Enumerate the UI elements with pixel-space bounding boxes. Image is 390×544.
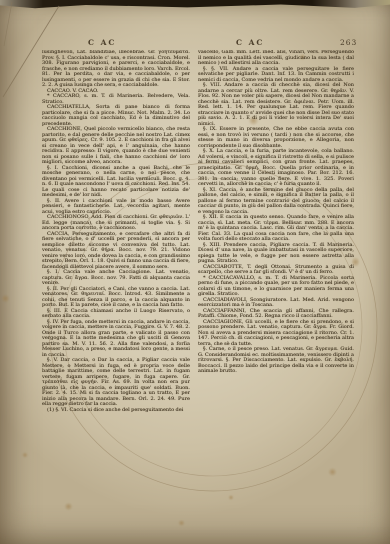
paper-stain [64, 503, 73, 510]
paper-stain [328, 468, 337, 476]
dictionary-paragraph: vascello, Galb. mm. Lett. ined. alis, Vi… [198, 50, 354, 67]
paper-stain [178, 520, 185, 526]
dictionary-paragraph: §. XIII. Prendere caccia, Pigliare cacci… [198, 243, 354, 265]
dictionary-paragraph: * CACCIACAVALLO, s. m. T. di Marineria. … [198, 276, 354, 298]
dictionary-paragraph: lusinghevoli, Lat. blanditiae, illecebra… [42, 50, 190, 89]
paper-stain [228, 495, 234, 500]
dictionary-paragraph: §. Carne, o il pesce preso. Lat. venatus… [198, 347, 354, 375]
paper-stain [2, 294, 9, 303]
dictionary-paragraph: §. II. Per gli Cacciatori, e Cani, che v… [42, 287, 190, 309]
dictionary-paragraph: §. XI. Caccia, è anche termine del giuoc… [198, 188, 354, 216]
page-number: 263 [340, 38, 357, 47]
dictionary-paragraph: CACCIAFFANNI, Che scaccia gli affanni, C… [198, 309, 354, 320]
dictionary-paragraph: §. VIII. Andare a caccia di checchè sia,… [198, 83, 354, 127]
dictionary-paragraph: §. I. Caccia vale anche Cacciagione. Lat… [42, 270, 190, 287]
dictionary-paragraph: CACCHIATELLA, Sorta di pane bianco di fo… [42, 105, 190, 127]
dictionary-paragraph: §. X. La caccia, e la furia, parte incan… [198, 149, 354, 188]
paper-stain [22, 452, 28, 458]
dictionary-paragraph: CACCIAGIONE, Gli uccelli, e le fiere che… [198, 320, 354, 348]
dictionary-paragraph: §. II. Avere i cacchioni vale in modo ba… [42, 199, 190, 216]
left-text-column: lusinghevoli, Lat. blanditiae, illecebra… [42, 50, 190, 442]
dictionary-paragraph: §. IX. Essere in presente, Che ne ebbe c… [198, 127, 354, 149]
dictionary-paragraph: (1) §. VI. Caccia si dice anche del pers… [42, 408, 190, 414]
dictionary-paragraph: §. §. VII. Andare a caccia vale persegui… [198, 67, 354, 84]
dictionary-paragraph: CACCIADIAVOLI, Scongiuratore. Lat. Med. … [198, 298, 354, 309]
dictionary-paragraph: CACCIABOTTE, T. degli Ottonai. Strumento… [198, 265, 354, 276]
dictionary-paragraph: §. III. E Caccia chiamasi anche il Luogo… [42, 309, 190, 320]
scanned-book-page: C AC C AC 263 lusinghevoli, Lat. blandit… [0, 0, 390, 544]
dictionary-paragraph: §. XII. E caccia in questo senso. Quando… [198, 215, 354, 243]
dictionary-paragraph: CACCIA, Perseguitamento, e cercafare che… [42, 232, 190, 271]
dictionary-paragraph: §. V. Dar caccia, o Dar la caccia, a Pig… [42, 358, 190, 408]
running-head-right: C AC [236, 38, 264, 47]
dictionary-paragraph: CACCHIONOSO, Add. Pien di cacchioni. Gr.… [42, 215, 190, 232]
dictionary-paragraph: CACCHIONE, Quel piccolo vermicello bianc… [42, 127, 190, 166]
right-text-column: vascello, Galb. mm. Lett. ined. alis, Vi… [198, 50, 354, 442]
dictionary-paragraph: §. I. Cacchioni, diconsi anche a quei Ba… [42, 166, 190, 199]
dictionary-paragraph: §. IV. Per fuga, onde mettersi in caccia… [42, 320, 190, 359]
running-head-left: C AC [88, 38, 116, 47]
